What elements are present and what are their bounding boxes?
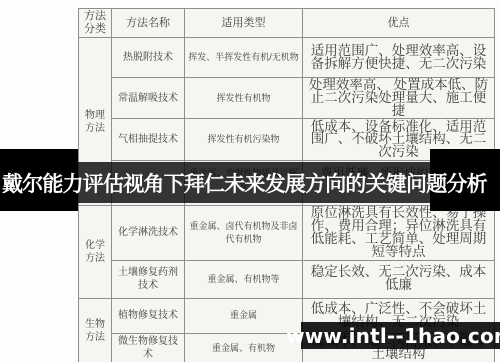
- advantage-cell: 适用范围广、处理效率高、设备拆解方便快捷、无二次污染: [303, 38, 495, 78]
- table-row: 物理方法 热脱附技术 挥发、半挥发性有机/无机物 适用范围广、处理效率高、设备拆…: [79, 38, 495, 78]
- method-name-cell: 气相抽提技术: [112, 119, 185, 161]
- method-name-cell: 化学淋洗技术: [112, 206, 185, 260]
- advantage-cell: 原位淋洗具有长效性、易于操作、费用合理；异位淋洗具有低能耗、工艺简单、处理周期短…: [303, 206, 495, 260]
- header-applicable-type: 适用类型: [185, 9, 303, 38]
- applicable-type-cell: 重金属、有机物: [185, 333, 303, 362]
- table-header-row: 方法分类 方法名称 适用类型 优点: [79, 9, 495, 38]
- headline-text: 戴尔能力评估视角下拜仁未来发展方向的关键问题分析: [0, 168, 487, 198]
- advantage-cell: 处理效率高、 处置成本低、防止二次污染处理量大、施工便捷: [303, 78, 495, 119]
- applicable-type-cell: 重金属、卤代有机物及非卤代有机物: [185, 206, 303, 260]
- header-method-name: 方法名称: [112, 9, 185, 38]
- applicable-type-cell: 重金属、有机物等: [185, 260, 303, 298]
- header-method-category: 方法分类: [79, 9, 112, 38]
- applicable-type-cell: 挥发性有机污染物: [185, 119, 303, 161]
- method-name-cell: 热脱附技术: [112, 38, 185, 78]
- category-cell-chemical: 化学方法: [79, 206, 112, 298]
- method-name-cell: 土壤修复药剂技术: [112, 260, 185, 298]
- table-row: 土壤修复药剂技术 重金属、有机物等 稳定长效、无二次污染、成本低廉: [79, 260, 495, 298]
- method-name-cell: 植物修复技术: [112, 298, 185, 333]
- table-row: 常温解吸技术 挥发性有机物 处理效率高、 处置成本低、防止二次污染处理量大、施工…: [79, 78, 495, 119]
- advantage-cell: 稳定长效、无二次污染、成本低廉: [303, 260, 495, 298]
- headline-banner: 戴尔能力评估视角下拜仁未来发展方向的关键问题分析: [0, 162, 500, 203]
- applicable-type-cell: 挥发、半挥发性有机/无机物: [185, 38, 303, 78]
- applicable-type-cell: 挥发性有机物: [185, 78, 303, 119]
- method-name-cell: 微生物修复技术: [112, 333, 185, 362]
- method-name-cell: 常温解吸技术: [112, 78, 185, 119]
- watermark-banner: www.intl--1hao.com: [301, 322, 500, 349]
- table-row: 化学方法 化学淋洗技术 重金属、卤代有机物及非卤代有机物 原位淋洗具有长效性、易…: [79, 206, 495, 260]
- applicable-type-cell: 重金属: [185, 298, 303, 333]
- header-advantages: 优点: [303, 9, 495, 38]
- category-cell-biological: 生物方法: [79, 298, 112, 362]
- watermark-url: www.intl--1hao.com: [286, 324, 500, 348]
- screenshot-stage: 方法分类 方法名称 适用类型 优点 物理方法 热脱附技术 挥发、半挥发性有机/无…: [0, 0, 500, 362]
